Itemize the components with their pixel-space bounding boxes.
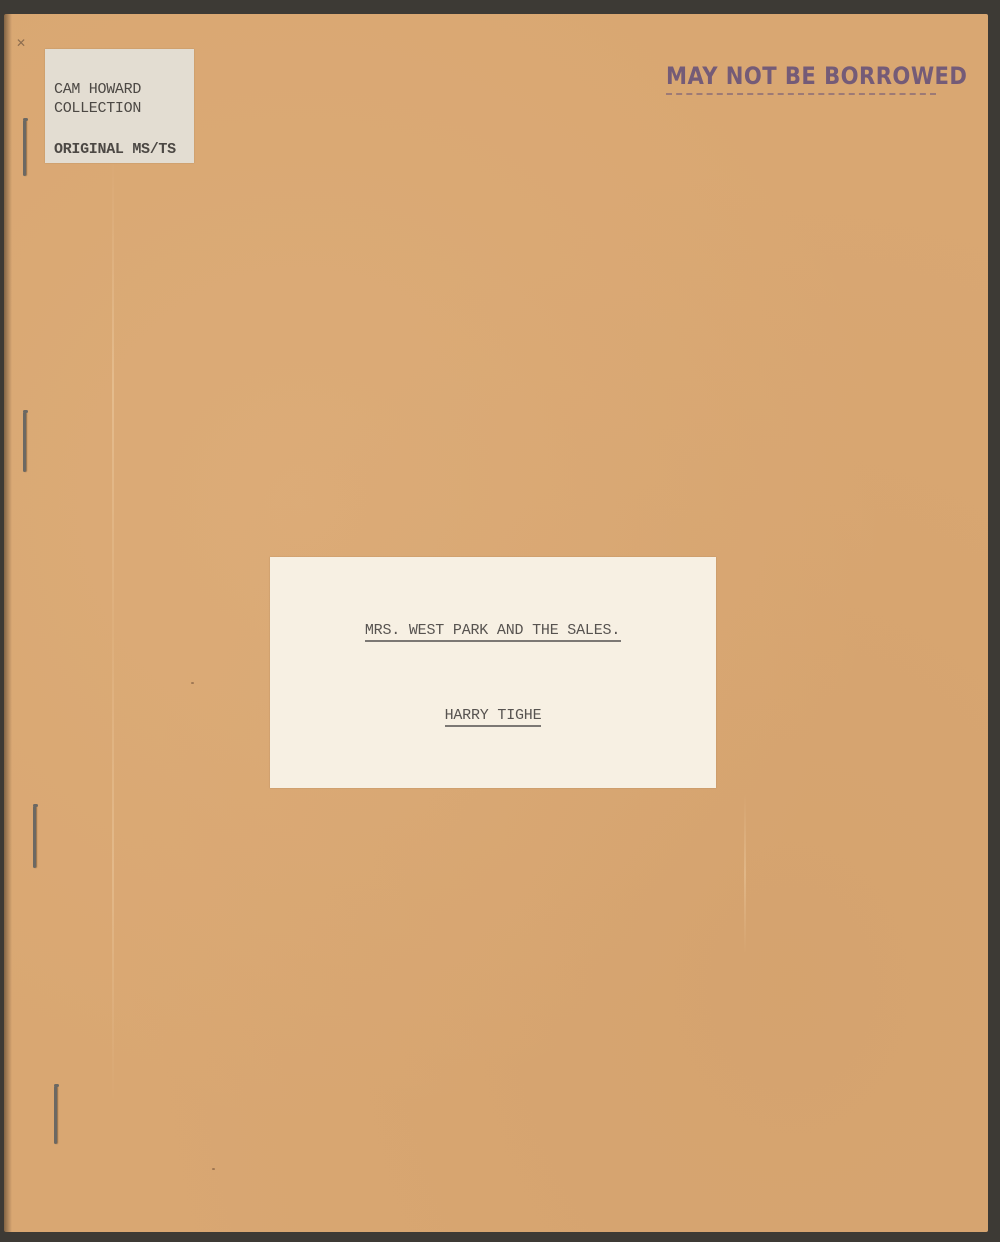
staple-icon [23,120,26,176]
spine-shadow [4,14,12,1232]
staple-icon [33,806,36,868]
collection-word: COLLECTION [54,100,141,118]
paper-crease [744,794,746,954]
pencil-mark: ✕ [16,36,26,50]
manuscript-author: HARRY TIGHE [270,707,716,727]
paper-speck [191,682,194,684]
stamp-underline [666,92,936,95]
paper-speck [212,1168,215,1170]
collection-label: CAM HOWARD COLLECTION ORIGINAL MS/TS [45,49,194,163]
title-card: MRS. WEST PARK AND THE SALES. HARRY TIGH… [270,557,716,788]
staple-icon [23,412,26,472]
staple-icon [54,1086,57,1144]
collection-name: CAM HOWARD [54,81,141,99]
paper-crease [112,154,114,1104]
manuscript-title-text: MRS. WEST PARK AND THE SALES. [365,622,621,642]
borrow-restriction-stamp: MAY NOT BE BORROWED [666,62,967,90]
manuscript-title: MRS. WEST PARK AND THE SALES. [270,622,716,642]
manuscript-author-text: HARRY TIGHE [445,707,542,727]
original-ms-note: ORIGINAL MS/TS [54,141,176,159]
